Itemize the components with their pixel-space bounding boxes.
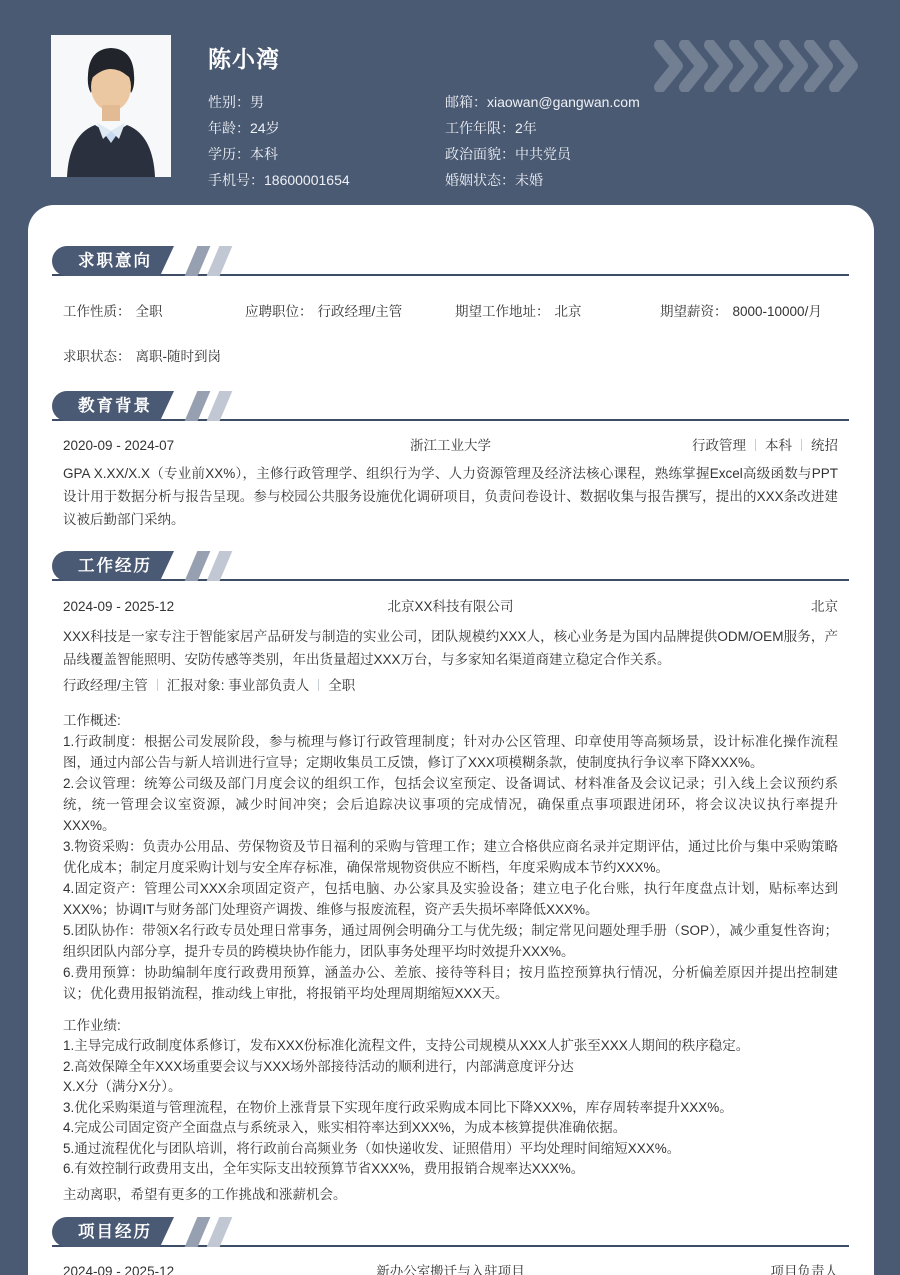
leaving-note: 主动离职，希望有更多的工作挑战和涨薪机会。	[63, 1184, 838, 1205]
chevron-right-icon	[760, 45, 777, 87]
divider	[801, 439, 802, 451]
work-role-tags: 行政经理/主管汇报对象: 事业部负责人全职	[63, 677, 838, 694]
section-title-badge: 项目经历	[52, 1217, 160, 1247]
divider	[755, 439, 756, 451]
detail-marital-status: 婚姻状态：未婚	[445, 167, 640, 193]
work-achievement-items: 1.主导完成行政制度体系修订，发布XXX份标准化流程文件，支持公司规模从XXX人…	[63, 1036, 838, 1180]
work-company: 北京XX科技有限公司	[387, 598, 513, 615]
resume-header: 陈小湾 性别：男 年龄：24岁 学历：本科 手机号：18600001654 邮箱…	[0, 0, 900, 205]
work-entry-row: 2024-09 - 2025-12 北京XX科技有限公司 北京	[63, 598, 838, 615]
field-job-status: 求职状态：离职-随时到岗	[63, 348, 245, 365]
details-column-right: 邮箱：xiaowan@gangwan.com 工作年限：2年 政治面貌：中共党员…	[445, 89, 640, 193]
job-intent-row-1: 工作性质：全职 应聘职位：行政经理/主管 期望工作地址：北京 期望薪资：8000…	[63, 303, 838, 320]
work-achievements-label: 工作业绩:	[63, 1015, 838, 1036]
stripe-decoration	[207, 391, 233, 421]
stripe-decoration	[207, 1217, 233, 1247]
education-description: GPA X.XX/X.X（专业前XX%），主修行政管理学、组织行为学、人力资源管…	[63, 462, 838, 531]
field-target-position: 应聘职位：行政经理/主管	[245, 303, 455, 320]
portrait-illustration	[51, 35, 171, 177]
tag-segment: 行政经理/主管	[63, 678, 148, 693]
section-header-job-intent: 求职意向	[52, 246, 849, 276]
section-header-work: 工作经历	[52, 551, 849, 581]
stripe-decoration	[185, 1217, 211, 1247]
chevrons-decoration	[652, 40, 864, 97]
detail-age: 年龄：24岁	[208, 115, 445, 141]
tag-segment: 汇报对象: 事业部负责人	[167, 678, 310, 693]
field-work-type: 工作性质：全职	[63, 303, 245, 320]
chevron-right-icon	[735, 45, 752, 87]
chevron-right-icon	[835, 45, 852, 87]
field-expected-salary: 期望薪资：8000-10000/月	[660, 303, 838, 320]
detail-gender: 性别：男	[208, 89, 445, 115]
project-name: 新办公室搬迁与入驻项目	[376, 1263, 525, 1275]
tag-segment: 本科	[765, 438, 792, 453]
detail-political-status: 政治面貌：中共党员	[445, 141, 640, 167]
stripe-decoration	[207, 551, 233, 581]
detail-work-years: 工作年限：2年	[445, 115, 640, 141]
field-target-location: 期望工作地址：北京	[455, 303, 660, 320]
resume-card: 求职意向 工作性质：全职 应聘职位：行政经理/主管 期望工作地址：北京 期望薪资…	[28, 205, 874, 1275]
candidate-name: 陈小湾	[208, 41, 640, 74]
stripe-decoration	[207, 246, 233, 276]
education-school: 浙江工业大学	[410, 437, 491, 454]
chevron-right-icon	[660, 45, 677, 87]
tag-segment: 统招	[811, 438, 838, 453]
section-title-badge: 工作经历	[52, 551, 160, 581]
tag-segment: 行政管理	[692, 438, 746, 453]
detail-email: 邮箱：xiaowan@gangwan.com	[445, 89, 640, 115]
details-column-left: 性别：男 年龄：24岁 学历：本科 手机号：18600001654	[208, 89, 445, 193]
project-period: 2024-09 - 2025-12	[63, 1263, 376, 1275]
tag-segment: 全职	[328, 678, 355, 693]
divider	[318, 679, 319, 691]
stripe-decoration	[185, 391, 211, 421]
chevron-right-icon	[810, 45, 827, 87]
identity-block: 陈小湾 性别：男 年龄：24岁 学历：本科 手机号：18600001654 邮箱…	[208, 41, 640, 193]
work-overview-label: 工作概述:	[63, 710, 838, 731]
work-period: 2024-09 - 2025-12	[63, 598, 387, 615]
company-intro: XXX科技是一家专注于智能家居产品研发与制造的实业公司，团队规模约XXX人，核心…	[63, 625, 838, 671]
work-location: 北京	[514, 598, 839, 615]
education-tags: 行政管理本科统招	[491, 437, 838, 454]
chevron-right-icon	[785, 45, 802, 87]
section-title-badge: 教育背景	[52, 391, 160, 421]
section-header-project: 项目经历	[52, 1217, 849, 1247]
project-role: 项目负责人	[525, 1263, 838, 1275]
education-entry-row: 2020-09 - 2024-07 浙江工业大学 行政管理本科统招	[63, 437, 838, 454]
section-title-badge: 求职意向	[52, 246, 160, 276]
work-overview-items: 1.行政制度：根据公司发展阶段，参与梳理与修订行政管理制度；针对办公区管理、印章…	[63, 731, 838, 1004]
detail-phone: 手机号：18600001654	[208, 167, 445, 193]
section-header-education: 教育背景	[52, 391, 849, 421]
stripe-decoration	[185, 551, 211, 581]
stripe-decoration	[185, 246, 211, 276]
chevron-right-icon	[685, 45, 702, 87]
divider	[157, 679, 158, 691]
project-entry-row: 2024-09 - 2025-12 新办公室搬迁与入驻项目 项目负责人	[63, 1263, 838, 1275]
education-period: 2020-09 - 2024-07	[63, 437, 410, 454]
profile-photo	[51, 35, 171, 177]
job-intent-row-2: 求职状态：离职-随时到岗	[63, 348, 838, 365]
chevron-right-icon	[710, 45, 727, 87]
detail-education: 学历：本科	[208, 141, 445, 167]
